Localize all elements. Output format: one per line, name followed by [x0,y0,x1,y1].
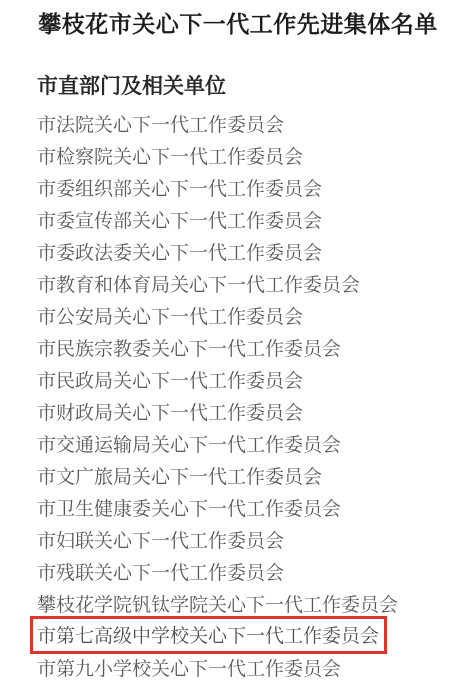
list-item-label: 市妇联关心下一代工作委员会 [37,526,284,553]
list-item-label: 市第九小学校关心下一代工作委员会 [37,654,341,681]
list-item: 市教育和体育局关心下一代工作委员会 [0,267,476,299]
list-item-label: 市文广旅局关心下一代工作委员会 [37,462,322,489]
list-item-label: 市民族宗教委关心下一代工作委员会 [37,334,341,361]
list-item-label: 市卫生健康委关心下一代工作委员会 [37,494,341,521]
list-item-label: 市公安局关心下一代工作委员会 [37,302,303,329]
list-item: 市检察院关心下一代工作委员会 [0,139,476,171]
list-item-label: 市残联关心下一代工作委员会 [37,558,284,585]
list-item: 市民政局关心下一代工作委员会 [0,363,476,395]
list-item-label: 攀枝花学院钒钛学院关心下一代工作委员会 [37,590,398,617]
list-item-label: 市民政局关心下一代工作委员会 [37,366,303,393]
list-item-label: 市委组织部关心下一代工作委员会 [37,174,322,201]
list-item: 市公安局关心下一代工作委员会 [0,299,476,331]
list-item: 攀枝花学院钒钛学院关心下一代工作委员会 [0,587,476,619]
org-list: 市法院关心下一代工作委员会 市检察院关心下一代工作委员会 市委组织部关心下一代工… [0,107,476,683]
list-item: 市交通运输局关心下一代工作委员会 [0,427,476,459]
list-item-highlighted: 市第七高级中学校关心下一代工作委员会 [0,619,476,651]
list-item-label: 市教育和体育局关心下一代工作委员会 [37,270,360,297]
list-item-label: 市法院关心下一代工作委员会 [37,110,284,137]
list-item-label: 市第七高级中学校关心下一代工作委员会 [30,616,387,654]
section-header: 市直部门及相关单位 [37,76,476,97]
list-item-label: 市委宣传部关心下一代工作委员会 [37,206,322,233]
list-item: 市委宣传部关心下一代工作委员会 [0,203,476,235]
list-item: 市文广旅局关心下一代工作委员会 [0,459,476,491]
list-item-label: 市委政法委关心下一代工作委员会 [37,238,322,265]
list-item: 市妇联关心下一代工作委员会 [0,523,476,555]
list-item: 市民族宗教委关心下一代工作委员会 [0,331,476,363]
page-title: 攀枝花市关心下一代工作先进集体名单 [0,0,476,40]
list-item: 市残联关心下一代工作委员会 [0,555,476,587]
list-item: 市卫生健康委关心下一代工作委员会 [0,491,476,523]
list-item: 市委政法委关心下一代工作委员会 [0,235,476,267]
list-item-label: 市财政局关心下一代工作委员会 [37,398,303,425]
list-item: 市第九小学校关心下一代工作委员会 [0,651,476,683]
list-item: 市法院关心下一代工作委员会 [0,107,476,139]
list-item: 市财政局关心下一代工作委员会 [0,395,476,427]
list-item-label: 市交通运输局关心下一代工作委员会 [37,430,341,457]
list-item-label: 市检察院关心下一代工作委员会 [37,142,303,169]
list-item: 市委组织部关心下一代工作委员会 [0,171,476,203]
